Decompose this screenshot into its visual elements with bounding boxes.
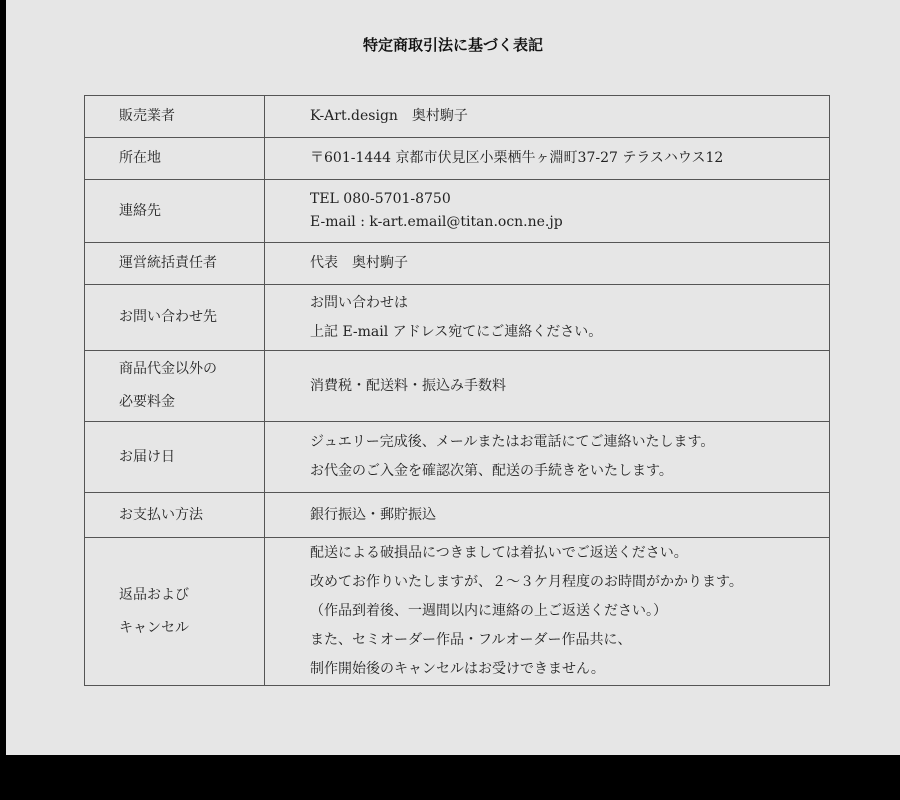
row-label: お問い合わせ先 [85, 285, 265, 351]
value-line: TEL 080-5701-8750 [310, 188, 829, 211]
value-line: お問い合わせは [310, 289, 829, 318]
value-line: （作品到着後、一週間以内に連絡の上ご返送ください。） [310, 597, 829, 626]
value-line: 代表 奥村駒子 [310, 252, 829, 275]
table-row: お支払い方法銀行振込・郵貯振込 [85, 493, 830, 538]
row-value: ジュエリー完成後、メールまたはお電話にてご連絡いたします。お代金のご入金を確認次… [265, 422, 830, 493]
label-line: 商品代金以外の [119, 353, 264, 386]
row-value: お問い合わせは上記 E-mail アドレス宛てにご連絡ください。 [265, 285, 830, 351]
value-line: ジュエリー完成後、メールまたはお電話にてご連絡いたします。 [310, 428, 829, 457]
row-value: 銀行振込・郵貯振込 [265, 493, 830, 538]
row-label: 運営統括責任者 [85, 243, 265, 285]
row-label: 返品およびキャンセル [85, 538, 265, 686]
label-line: お届け日 [119, 446, 264, 469]
row-label: 商品代金以外の必要料金 [85, 351, 265, 422]
row-value: 代表 奥村駒子 [265, 243, 830, 285]
row-label: 連絡先 [85, 180, 265, 243]
value-line: 〒601-1444 京都市伏見区小栗栖牛ヶ淵町37-27 テラスハウス12 [310, 147, 829, 170]
value-line: お代金のご入金を確認次第、配送の手続きをいたします。 [310, 457, 829, 486]
value-line: 配送による破損品につきましては着払いでご返送ください。 [310, 539, 829, 568]
label-line: 連絡先 [119, 200, 264, 223]
label-line: お支払い方法 [119, 504, 264, 527]
row-value: 配送による破損品につきましては着払いでご返送ください。改めてお作りいたしますが、… [265, 538, 830, 686]
value-line: 消費税・配送料・振込み手数料 [310, 375, 829, 398]
row-value: 〒601-1444 京都市伏見区小栗栖牛ヶ淵町37-27 テラスハウス12 [265, 138, 830, 180]
row-value: 消費税・配送料・振込み手数料 [265, 351, 830, 422]
value-line: 制作開始後のキャンセルはお受けできません。 [310, 655, 829, 684]
value-line: また、セミオーダー作品・フルオーダー作品共に、 [310, 626, 829, 655]
table-row: 商品代金以外の必要料金消費税・配送料・振込み手数料 [85, 351, 830, 422]
label-line: 返品および [119, 579, 264, 612]
table-row: 所在地〒601-1444 京都市伏見区小栗栖牛ヶ淵町37-27 テラスハウス12 [85, 138, 830, 180]
row-label: 販売業者 [85, 96, 265, 138]
row-value: TEL 080-5701-8750E-mail : k-art.email@ti… [265, 180, 830, 243]
value-line: 改めてお作りいたしますが、２〜３ケ月程度のお時間がかかります。 [310, 568, 829, 597]
row-label: 所在地 [85, 138, 265, 180]
table-row: 運営統括責任者代表 奥村駒子 [85, 243, 830, 285]
table-row: 返品およびキャンセル配送による破損品につきましては着払いでご返送ください。改めて… [85, 538, 830, 686]
label-line: キャンセル [119, 612, 264, 645]
table-row: お問い合わせ先お問い合わせは上記 E-mail アドレス宛てにご連絡ください。 [85, 285, 830, 351]
table-row: 連絡先TEL 080-5701-8750E-mail : k-art.email… [85, 180, 830, 243]
table-row: 販売業者K-Art.design 奥村駒子 [85, 96, 830, 138]
label-line: 販売業者 [119, 105, 264, 128]
page-title: 特定商取引法に基づく表記 [6, 34, 900, 55]
page: 特定商取引法に基づく表記 販売業者K-Art.design 奥村駒子所在地〒60… [6, 0, 900, 755]
legal-notice-table: 販売業者K-Art.design 奥村駒子所在地〒601-1444 京都市伏見区… [84, 95, 830, 686]
label-line: お問い合わせ先 [119, 306, 264, 329]
value-line: 上記 E-mail アドレス宛てにご連絡ください。 [310, 318, 829, 347]
label-line: 必要料金 [119, 386, 264, 419]
label-line: 運営統括責任者 [119, 252, 264, 275]
row-label: お届け日 [85, 422, 265, 493]
row-label: お支払い方法 [85, 493, 265, 538]
value-line: K-Art.design 奥村駒子 [310, 105, 829, 128]
table-row: お届け日ジュエリー完成後、メールまたはお電話にてご連絡いたします。お代金のご入金… [85, 422, 830, 493]
label-line: 所在地 [119, 147, 264, 170]
value-line: 銀行振込・郵貯振込 [310, 504, 829, 527]
value-line: E-mail : k-art.email@titan.ocn.ne.jp [310, 211, 829, 234]
row-value: K-Art.design 奥村駒子 [265, 96, 830, 138]
